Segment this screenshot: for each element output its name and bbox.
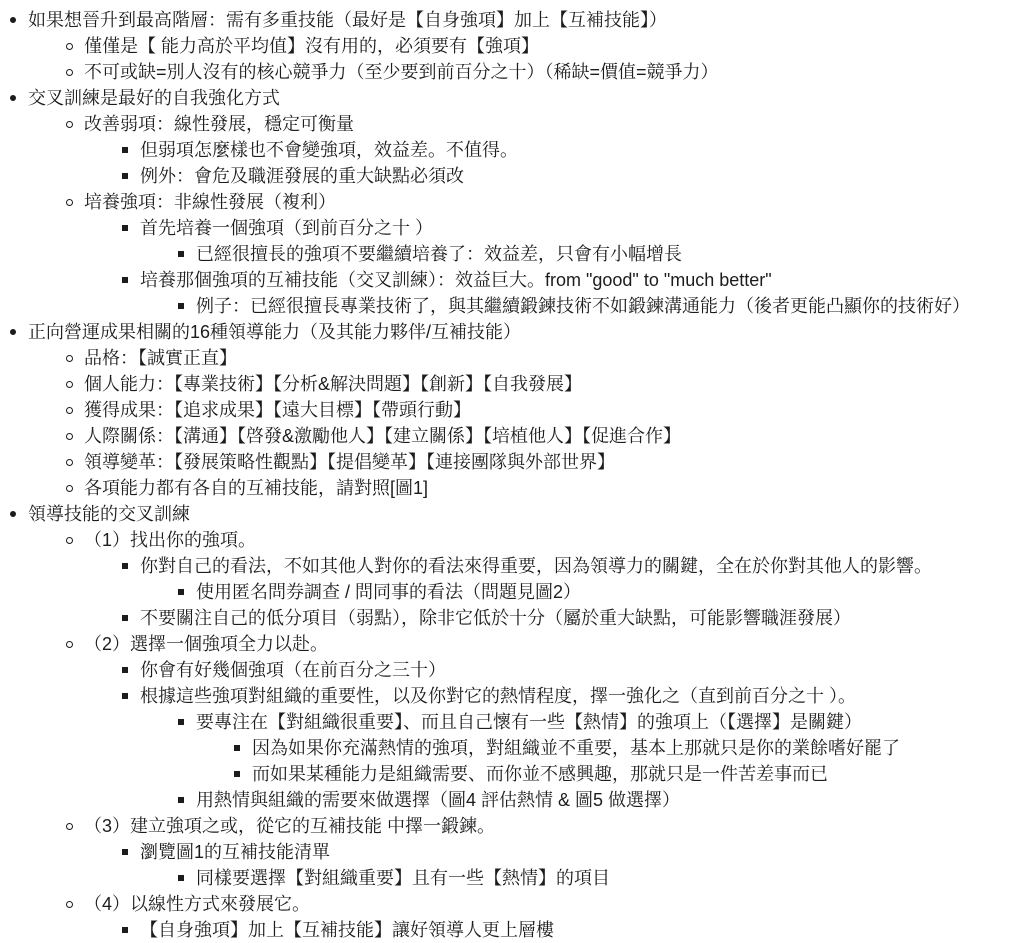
- bullet-circle-icon: [66, 485, 73, 492]
- bullet-square-icon: [178, 589, 184, 595]
- outline-item-text: 如果想晉升到最高階層：需有多重技能（最好是【自身強項】加上【互補技能】）: [28, 7, 667, 33]
- bullet-circle-icon: [66, 69, 73, 76]
- outline-item: 培養強項：非線性發展（複利）: [0, 189, 1024, 215]
- outline-item-text: （3）建立強項之或，從它的互補技能 中擇一鍛鍊。: [84, 813, 495, 839]
- outline-item-text: （1）找出你的強項。: [84, 527, 256, 553]
- bullet-circle-icon: [66, 901, 73, 908]
- outline-item: 但弱項怎麼樣也不會變強項，效益差。不值得。: [0, 137, 1024, 163]
- outline-item: 個人能力：【專業技術】【分析&解決問題】【創新】【自我發展】: [0, 371, 1024, 397]
- outline-item-text: 【自身強項】加上【互補技能】讓好領導人更上層樓: [140, 917, 554, 943]
- outline-item: 要專注在【對組織很重要】、而且自己懷有一些【熱情】的強項上（【選擇】是關鍵）: [0, 709, 1024, 735]
- outline-item-text: 根據這些強項對組織的重要性，以及你對它的熱情程度，擇一強化之（直到前百分之十 ）…: [140, 683, 856, 709]
- bullet-disc-icon: [10, 511, 16, 517]
- outline-item-text: 不可或缺=別人沒有的核心競爭力（至少要到前百分之十）（稀缺=價值=競爭力）: [84, 59, 719, 85]
- outline-item: 領導變革：【發展策略性觀點】【提倡變革】【連接團隊與外部世界】: [0, 449, 1024, 475]
- bullet-circle-icon: [66, 407, 73, 414]
- outline-item-text: （2）選擇一個強項全力以赴。: [84, 631, 328, 657]
- bullet-square-icon: [122, 225, 128, 231]
- bullet-square-icon: [178, 303, 184, 309]
- outline-item: 你對自己的看法，不如其他人對你的看法來得重要，因為領導力的關鍵，全在於你對其他人…: [0, 553, 1024, 579]
- bullet-circle-icon: [66, 121, 73, 128]
- outline-item: 如果想晉升到最高階層：需有多重技能（最好是【自身強項】加上【互補技能】）: [0, 7, 1024, 33]
- bullet-circle-icon: [66, 43, 73, 50]
- outline-item: 瀏覽圖1的互補技能清單: [0, 839, 1024, 865]
- outline-item-text: 已經很擅長的強項不要繼續培養了：效益差，只會有小幅增長: [196, 241, 682, 267]
- bullet-square-icon: [122, 927, 128, 933]
- outline-item-text: 但弱項怎麼樣也不會變強項，效益差。不值得。: [140, 137, 518, 163]
- bullet-circle-icon: [66, 433, 73, 440]
- outline-item: 例外：會危及職涯發展的重大缺點必須改: [0, 163, 1024, 189]
- outline-item: （1）找出你的強項。: [0, 527, 1024, 553]
- outline-item-text: （4）以線性方式來發展它。: [84, 891, 310, 917]
- outline-item: 不要關注自己的低分項目（弱點），除非它低於十分（屬於重大缺點，可能影響職涯發展）: [0, 605, 1024, 631]
- bullet-square-icon: [178, 719, 184, 725]
- outline-item-text: 培養那個強項的互補技能（交叉訓練）：效益巨大。from "good" to "m…: [140, 267, 772, 293]
- outline-item-text: 培養強項：非線性發展（複利）: [84, 189, 336, 215]
- bullet-circle-icon: [66, 459, 73, 466]
- outline-item-text: 個人能力：【專業技術】【分析&解決問題】【創新】【自我發展】: [84, 371, 582, 397]
- outline-item: 已經很擅長的強項不要繼續培養了：效益差，只會有小幅增長: [0, 241, 1024, 267]
- outline-item-text: 僅僅是【 能力高於平均值】沒有用的，必須要有【強項】: [84, 33, 539, 59]
- outline-item: 僅僅是【 能力高於平均值】沒有用的，必須要有【強項】: [0, 33, 1024, 59]
- bullet-square-icon: [122, 849, 128, 855]
- outline-item-text: 人際關係：【溝通】【啓發&激勵他人】【建立關係】【培植他人】【促進合作】: [84, 423, 681, 449]
- outline-item: 交叉訓練是最好的自我強化方式: [0, 85, 1024, 111]
- bullet-circle-icon: [66, 823, 73, 830]
- outline-item-text: 例外：會危及職涯發展的重大缺點必須改: [140, 163, 464, 189]
- outline-item: 改善弱項：線性發展，穩定可衡量: [0, 111, 1024, 137]
- outline-item-text: 不要關注自己的低分項目（弱點），除非它低於十分（屬於重大缺點，可能影響職涯發展）: [140, 605, 851, 631]
- outline-item-text: 用熱情與組織的需要來做選擇（圖4 評估熱情 & 圖5 做選擇）: [196, 787, 680, 813]
- bullet-circle-icon: [66, 641, 73, 648]
- bullet-disc-icon: [10, 95, 16, 101]
- outline-item: 根據這些強項對組織的重要性，以及你對它的熱情程度，擇一強化之（直到前百分之十 ）…: [0, 683, 1024, 709]
- outline-item: 各項能力都有各自的互補技能，請對照[圖1]: [0, 475, 1024, 501]
- outline-item: 同樣要選擇【對組織重要】且有一些【熱情】的項目: [0, 865, 1024, 891]
- outline-item: 人際關係：【溝通】【啓發&激勵他人】【建立關係】【培植他人】【促進合作】: [0, 423, 1024, 449]
- outline-item: 首先培養一個強項（到前百分之十 ）: [0, 215, 1024, 241]
- bullet-square-icon: [122, 277, 128, 283]
- bullet-circle-icon: [66, 355, 73, 362]
- bullet-square-icon: [178, 797, 184, 803]
- bullet-square-icon: [122, 615, 128, 621]
- bullet-square-icon: [234, 745, 240, 751]
- bullet-circle-icon: [66, 199, 73, 206]
- bullet-square-icon: [178, 251, 184, 257]
- bullet-square-icon: [178, 875, 184, 881]
- outline-item: （4）以線性方式來發展它。: [0, 891, 1024, 917]
- notes-document: 如果想晉升到最高階層：需有多重技能（最好是【自身強項】加上【互補技能】）僅僅是【…: [0, 0, 1024, 943]
- bullet-square-icon: [122, 693, 128, 699]
- outline-item: （3）建立強項之或，從它的互補技能 中擇一鍛鍊。: [0, 813, 1024, 839]
- outline-item-text: 瀏覽圖1的互補技能清單: [140, 839, 330, 865]
- outline-item-text: 使用匿名問券調查 / 問同事的看法（問題見圖2）: [196, 579, 581, 605]
- outline-item-text: 你會有好幾個強項（在前百分之三十）: [140, 657, 446, 683]
- outline-item-text: 而如果某種能力是組織需要、而你並不感興趣，那就只是一件苦差事而已: [252, 761, 828, 787]
- outline-item-text: 改善弱項：線性發展，穩定可衡量: [84, 111, 354, 137]
- outline-item: 用熱情與組織的需要來做選擇（圖4 評估熱情 & 圖5 做選擇）: [0, 787, 1024, 813]
- outline-item: 培養那個強項的互補技能（交叉訓練）：效益巨大。from "good" to "m…: [0, 267, 1024, 293]
- outline-item-text: 要專注在【對組織很重要】、而且自己懷有一些【熱情】的強項上（【選擇】是關鍵）: [196, 709, 862, 735]
- outline-item-text: 領導技能的交叉訓練: [28, 501, 190, 527]
- outline-item: 品格：【誠實正直】: [0, 345, 1024, 371]
- outline-item-text: 首先培養一個強項（到前百分之十 ）: [140, 215, 433, 241]
- outline-item-text: 品格：【誠實正直】: [84, 345, 237, 371]
- bullet-square-icon: [122, 563, 128, 569]
- outline-item: （2）選擇一個強項全力以赴。: [0, 631, 1024, 657]
- outline-item: 【自身強項】加上【互補技能】讓好領導人更上層樓: [0, 917, 1024, 943]
- bullet-square-icon: [122, 147, 128, 153]
- bullet-circle-icon: [66, 381, 73, 388]
- outline-item-text: 因為如果你充滿熱情的強項，對組織並不重要，基本上那就只是你的業餘嗜好罷了: [252, 735, 900, 761]
- outline-item: 使用匿名問券調查 / 問同事的看法（問題見圖2）: [0, 579, 1024, 605]
- outline-item-text: 獲得成果：【追求成果】【遠大目標】【帶頭行動】: [84, 397, 471, 423]
- outline-list: 如果想晉升到最高階層：需有多重技能（最好是【自身強項】加上【互補技能】）僅僅是【…: [0, 7, 1024, 943]
- outline-item-text: 正向營運成果相關的16種領導能力（及其能力夥伴/互補技能）: [28, 319, 521, 345]
- outline-item: 例子：已經很擅長專業技術了，與其繼續鍛鍊技術不如鍛鍊溝通能力（後者更能凸顯你的技…: [0, 293, 1024, 319]
- outline-item-text: 例子：已經很擅長專業技術了，與其繼續鍛鍊技術不如鍛鍊溝通能力（後者更能凸顯你的技…: [196, 293, 970, 319]
- outline-item: 領導技能的交叉訓練: [0, 501, 1024, 527]
- bullet-disc-icon: [10, 17, 16, 23]
- outline-item-text: 領導變革：【發展策略性觀點】【提倡變革】【連接團隊與外部世界】: [84, 449, 615, 475]
- outline-item: 獲得成果：【追求成果】【遠大目標】【帶頭行動】: [0, 397, 1024, 423]
- outline-item-text: 你對自己的看法，不如其他人對你的看法來得重要，因為領導力的關鍵，全在於你對其他人…: [140, 553, 932, 579]
- bullet-disc-icon: [10, 329, 16, 335]
- outline-item: 因為如果你充滿熱情的強項，對組織並不重要，基本上那就只是你的業餘嗜好罷了: [0, 735, 1024, 761]
- bullet-square-icon: [122, 667, 128, 673]
- outline-item: 你會有好幾個強項（在前百分之三十）: [0, 657, 1024, 683]
- bullet-square-icon: [122, 173, 128, 179]
- outline-item-text: 同樣要選擇【對組織重要】且有一些【熱情】的項目: [196, 865, 610, 891]
- outline-item-text: 交叉訓練是最好的自我強化方式: [28, 85, 280, 111]
- bullet-circle-icon: [66, 537, 73, 544]
- outline-item: 正向營運成果相關的16種領導能力（及其能力夥伴/互補技能）: [0, 319, 1024, 345]
- bullet-square-icon: [234, 771, 240, 777]
- outline-item: 不可或缺=別人沒有的核心競爭力（至少要到前百分之十）（稀缺=價值=競爭力）: [0, 59, 1024, 85]
- outline-item: 而如果某種能力是組織需要、而你並不感興趣，那就只是一件苦差事而已: [0, 761, 1024, 787]
- outline-item-text: 各項能力都有各自的互補技能，請對照[圖1]: [84, 475, 428, 501]
